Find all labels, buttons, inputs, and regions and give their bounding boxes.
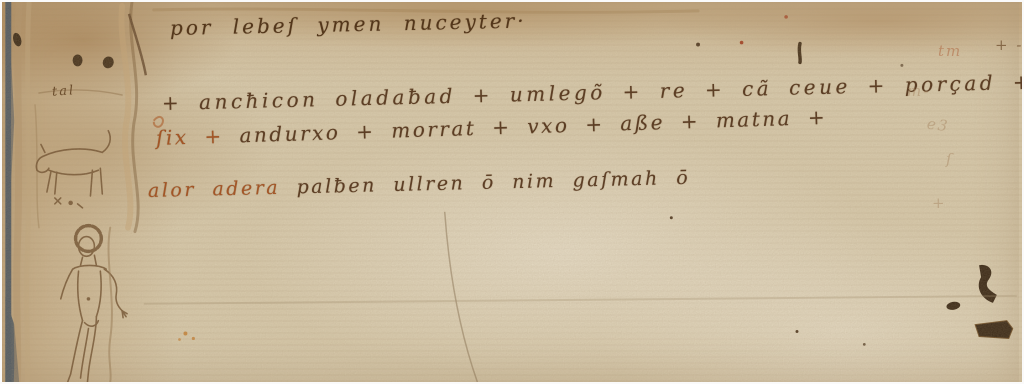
bleedthrough-mark: + xyxy=(932,194,947,212)
bleedthrough-mark: ſ xyxy=(946,150,954,168)
line-3-rubric: ſix + xyxy=(156,123,240,150)
margin-note: tal xyxy=(52,83,76,100)
bleedthrough-mark: tm xyxy=(938,42,962,60)
bleedthrough-mark: + - xyxy=(995,36,1023,54)
line-4-rubric: alor adera xyxy=(148,176,297,202)
bleedthrough-mark: m- xyxy=(907,82,930,100)
manuscript-fragment-photo: por lebeſ ymen nuceyter· + ancħicon olad… xyxy=(0,0,1024,384)
bleedthrough-mark: e3 xyxy=(926,115,951,136)
